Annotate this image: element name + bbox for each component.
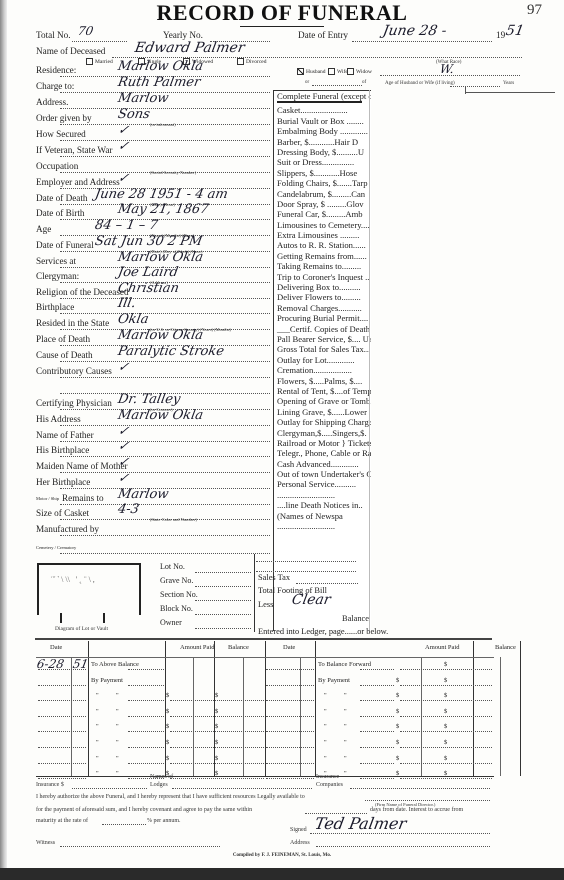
diagram-leg xyxy=(60,613,62,623)
ledger-desc-right: To Balance Forward xyxy=(318,661,371,668)
field-value[interactable]: Christian xyxy=(117,281,181,296)
ledger-currency: $ xyxy=(444,692,447,699)
document-title: RECORD OF FUNERAL xyxy=(0,0,564,26)
ledger-desc: " xyxy=(96,708,111,715)
ledger-top-rule xyxy=(35,638,492,640)
field-label-text: Clergyman: xyxy=(36,271,79,281)
field-label-text: Date of Death xyxy=(36,193,88,203)
spouse-or-line xyxy=(312,84,362,86)
charge-item: Procuring Burial Permit.... xyxy=(274,313,371,323)
ledger-currency: $ xyxy=(444,739,447,746)
ledger-amount-line-right[interactable] xyxy=(400,715,492,717)
charge-item: Limousines to Cemetery.... xyxy=(274,220,371,230)
signed-value[interactable]: Ted Palmer xyxy=(313,814,408,833)
spouse-widow[interactable]: Widow xyxy=(347,68,372,75)
less-value[interactable]: Clear xyxy=(291,592,332,608)
field-value[interactable]: ✓ xyxy=(117,439,131,454)
ledger-amount-line-right[interactable] xyxy=(400,777,492,779)
charge-item: Railroad or Motor } Tickets, $........ xyxy=(274,438,371,448)
field-label: Occupation xyxy=(36,161,78,171)
field-label-text: Contributory Causes xyxy=(36,366,112,376)
field-label-text: Cause of Death xyxy=(36,350,93,360)
ledger-currency: $ xyxy=(444,661,447,668)
sales-tax-label: Sales Tax xyxy=(258,573,290,582)
ledger-date-line-right[interactable] xyxy=(266,699,314,701)
charge-item: Outlay for Shipping Charges xyxy=(274,417,371,427)
field-label: Charge to: xyxy=(36,81,74,91)
field-value[interactable]: Dr. Talley xyxy=(117,392,182,407)
ledger-ditto: " xyxy=(344,723,347,730)
field-value[interactable]: ✓ xyxy=(117,171,131,186)
checkbox-checked[interactable] xyxy=(297,68,304,75)
name-of-deceased-label: Name of Deceased xyxy=(36,46,105,56)
ledger-currency: $ xyxy=(166,739,169,746)
charge-item: Opening of Grave or Tomb. xyxy=(274,396,371,406)
field-label: How Secured xyxy=(36,129,86,139)
ledger-currency: $ xyxy=(396,755,399,762)
checkbox[interactable] xyxy=(328,68,335,75)
ledger-currency: $ xyxy=(215,692,218,699)
checkbox[interactable] xyxy=(347,68,354,75)
charge-item: Getting Remains from...... xyxy=(274,251,371,261)
checkbox[interactable] xyxy=(86,58,93,65)
ledger-header-balance-right: Balance xyxy=(495,644,516,651)
ledger-header-date: Date xyxy=(50,644,62,651)
field-line xyxy=(60,218,270,220)
charge-item: ....line Death Notices in.. xyxy=(274,500,371,510)
lot-field-label: Block No. xyxy=(160,604,193,613)
year-value[interactable]: 51 xyxy=(505,23,526,39)
charge-item: Candelabrum, $.........Can xyxy=(274,189,371,199)
ledger-currency: $ xyxy=(444,755,447,762)
charge-item: Burial Vault or Box ........ xyxy=(274,116,371,126)
field-label: Certifying Physician xyxy=(36,398,112,408)
charge-item: Clergyman,$.....Singers,$. xyxy=(274,428,371,438)
spouse-wife[interactable]: Wife xyxy=(328,68,348,75)
charge-item: Gross Total for Sales Tax... xyxy=(274,344,371,354)
name-of-deceased-value[interactable]: Edward Palmer xyxy=(134,40,246,56)
ledger-desc-line[interactable] xyxy=(128,746,164,748)
ledger-date-line[interactable] xyxy=(38,777,86,779)
ledger-currency: $ xyxy=(396,692,399,699)
field-label: His Birthplace xyxy=(36,445,89,455)
field-value[interactable]: ✓ xyxy=(117,360,131,375)
ledger-currency: $ xyxy=(444,677,447,684)
field-note: (Social Security Number) xyxy=(150,170,196,175)
ledger-ditto: " xyxy=(116,739,119,746)
diagram-leg xyxy=(103,613,105,623)
field-value[interactable]: ✓ xyxy=(117,471,131,486)
ledger-desc-line[interactable] xyxy=(128,699,164,701)
charge-item: Flowers, $.....Palms, $.... xyxy=(274,376,371,386)
ledger-desc-line-right[interactable] xyxy=(360,762,394,764)
less-label: Less xyxy=(258,600,273,609)
field-line xyxy=(60,424,270,426)
ledger-date-line-right[interactable] xyxy=(266,746,314,748)
field-label-text: How Secured xyxy=(36,129,86,139)
lot-field-label: Owner xyxy=(160,618,182,627)
ledger-amount-line-right[interactable] xyxy=(400,668,492,670)
totals-dots xyxy=(256,560,356,562)
ledger-year[interactable]: 51 xyxy=(72,657,90,671)
ledger-currency: $ xyxy=(215,708,218,715)
field-label: Resided in the State xyxy=(36,318,109,328)
page-number: 97 xyxy=(527,2,542,19)
ledger-date-line[interactable] xyxy=(38,684,86,686)
ledger-date-line-right[interactable] xyxy=(266,684,314,686)
marital-label: Divorced xyxy=(246,59,266,65)
ledger-desc-line-right[interactable] xyxy=(360,730,394,732)
charges-panel: Complete Funeral (except out Casket.....… xyxy=(273,90,371,631)
days-text: days from date. Interest to accrue from xyxy=(370,807,463,813)
ledger-date-line-right[interactable] xyxy=(266,668,314,670)
ledger-currency: $ xyxy=(215,755,218,762)
charge-item: Cremation.................. xyxy=(274,365,371,375)
field-line xyxy=(60,440,270,442)
field-label: Contributory Causes xyxy=(36,366,112,376)
charge-item: Folding Chairs, $.......Tarp xyxy=(274,178,371,188)
field-note: (or informant) xyxy=(150,122,176,127)
field-label-text: Manufactured by xyxy=(36,524,99,534)
field-label-text: Employer and Address xyxy=(36,177,120,187)
ledger-amount-line[interactable] xyxy=(170,715,264,717)
diagram-label: Diagram of Lot or Vault xyxy=(55,626,108,632)
ledger-currency: $ xyxy=(166,708,169,715)
spouse-label: Husband xyxy=(306,69,326,75)
ledger-currency: $ xyxy=(166,755,169,762)
lot-field-line[interactable] xyxy=(195,585,251,587)
lot-field-line[interactable] xyxy=(195,627,251,629)
field-label: Motor / ShipRemains to xyxy=(36,493,104,503)
ledger-date[interactable]: 6-28 xyxy=(36,657,65,671)
ledger-col-rule xyxy=(473,641,474,776)
companies-line xyxy=(350,787,490,789)
ledger-date-line[interactable] xyxy=(38,762,86,764)
ledger-ditto: " xyxy=(116,708,119,715)
spouse-or: or xyxy=(305,80,309,85)
ledger-ditto: " xyxy=(344,692,347,699)
field-value[interactable]: Ill. xyxy=(117,296,137,311)
field-value[interactable]: ✓ xyxy=(117,123,131,138)
field-value[interactable]: Joe Laird xyxy=(117,265,180,280)
field-label-text: His Address xyxy=(36,414,81,424)
field-line xyxy=(60,107,270,109)
witness-label: Witness xyxy=(36,840,55,846)
totals-divider xyxy=(254,554,255,632)
scan-artifact-tick xyxy=(465,86,466,94)
field-value[interactable]: Marlow xyxy=(117,487,170,502)
ledger-desc: " xyxy=(96,692,111,699)
charge-item: ___Certif. Copies of Death Cer xyxy=(274,324,371,334)
field-value[interactable]: Marlow Okla xyxy=(117,328,205,343)
lot-field-line[interactable] xyxy=(195,599,251,601)
marital-divorced[interactable]: Divorced xyxy=(237,58,266,65)
ledger-amount-line-right[interactable] xyxy=(400,699,492,701)
charge-item: Taking Remains to......... xyxy=(274,261,371,271)
ledger-col-rule xyxy=(315,641,316,776)
field-line xyxy=(60,360,270,362)
name-line xyxy=(112,56,522,58)
field-value[interactable]: 4-3 xyxy=(117,502,141,517)
ledger-desc-right: By Payment xyxy=(318,677,350,684)
charge-item: Telegr., Phone, Cable or Rad xyxy=(274,448,371,458)
field-label: Order given by xyxy=(36,113,92,123)
field-label: His Address xyxy=(36,414,81,424)
field-value[interactable]: 84 – 1 – 7 xyxy=(94,218,159,233)
field-value[interactable]: Marlow Okla xyxy=(117,408,205,423)
ledger-currency: $ xyxy=(396,770,399,777)
ledger-desc-right: " xyxy=(324,723,327,730)
field-value[interactable]: Sons xyxy=(117,107,151,122)
age-spouse-line xyxy=(450,85,500,87)
field-label: Size of Casket xyxy=(36,508,89,518)
field-value[interactable]: Ruth Palmer xyxy=(117,75,202,90)
field-value[interactable]: Paralytic Stroke xyxy=(117,344,226,359)
field-line xyxy=(60,312,270,314)
charge-item: Out of town Undertaker's Cl xyxy=(274,469,371,479)
ledger-desc: By Payment xyxy=(91,677,123,684)
charges-header: Complete Funeral (except out xyxy=(277,91,362,103)
charge-item: Barber, $............Hair D xyxy=(274,137,371,147)
ledger-date-line-right[interactable] xyxy=(266,730,314,732)
lot-field-label: Grave No. xyxy=(160,576,193,585)
ledger-header-amount-paid-right: Amount Paid xyxy=(425,644,460,651)
field-line xyxy=(60,376,270,378)
ledger-amount-line-right[interactable] xyxy=(400,746,492,748)
charge-item: Dressing Body, $..........U xyxy=(274,147,371,157)
field-label: Services at xyxy=(36,256,76,266)
field-label: Age xyxy=(36,224,51,234)
ledger-currency: $ xyxy=(396,677,399,684)
field-value[interactable]: Marlow xyxy=(117,91,170,106)
field-prefix: Motor / Ship xyxy=(36,496,59,501)
witness-line xyxy=(60,845,220,847)
date-of-entry-line xyxy=(352,40,492,42)
signed-label: Signed xyxy=(290,827,307,833)
payment-text: for the payment of aforesaid sum, and I … xyxy=(36,807,252,813)
ledger-amount-line[interactable] xyxy=(170,699,264,701)
ledger-currency: $ xyxy=(215,770,218,777)
ledger-header-date-right: Date xyxy=(283,644,295,651)
ledger-amount-line[interactable] xyxy=(170,730,264,732)
ledger-currency: $ xyxy=(444,708,447,715)
ledger-currency: $ xyxy=(396,723,399,730)
ledger-ditto: " xyxy=(344,708,347,715)
charge-item: Suit or Dress............... xyxy=(274,157,371,167)
charge-item: (Names of Newspa xyxy=(274,511,371,521)
ledger-col-rule xyxy=(520,641,521,776)
field-label-text: Date of Funeral xyxy=(36,240,94,250)
field-label-text: If Veteran, State War xyxy=(36,145,112,155)
years-label: Years xyxy=(503,81,514,86)
marital-label: Married xyxy=(95,59,113,65)
ledger-ditto: " xyxy=(116,755,119,762)
ledger-amount-line[interactable] xyxy=(170,746,264,748)
ledger-desc-line-right[interactable] xyxy=(360,684,394,686)
ledger-desc-line-right[interactable] xyxy=(360,746,394,748)
ledger-desc-right: " xyxy=(324,739,327,746)
field-label-text: Maiden Name of Mother xyxy=(36,461,128,471)
field-label: Date of Funeral xyxy=(36,240,94,250)
ledger-amount-line-right[interactable] xyxy=(400,730,492,732)
totals-dots xyxy=(256,570,356,572)
ledger-subcol-rule xyxy=(500,657,501,776)
ledger-date-line[interactable] xyxy=(38,730,86,732)
field-label: Manufactured by xyxy=(36,524,99,534)
ledger-col-rule xyxy=(265,641,266,776)
ledger-date-line-right[interactable] xyxy=(266,777,314,779)
field-value[interactable]: Sat Jun 30 2 PM xyxy=(94,234,204,249)
lot-field-line[interactable] xyxy=(195,613,251,615)
field-value[interactable]: Marlow Okla xyxy=(117,59,205,74)
ledger-ditto: " xyxy=(344,755,347,762)
address-label: Address xyxy=(290,840,310,846)
field-value[interactable]: ✓ xyxy=(117,424,131,439)
ledger-date-line[interactable] xyxy=(38,746,86,748)
diagram-marks: ˙ˇ ‵ \ \\ ' ˛ ¨ \ , xyxy=(50,575,95,584)
lot-field-line[interactable] xyxy=(195,571,251,573)
field-line xyxy=(60,297,270,299)
field-value[interactable]: Marlow Okla xyxy=(117,250,205,265)
balance-label: Balance xyxy=(342,614,369,623)
marital-married[interactable]: Married xyxy=(86,58,113,65)
field-label: Clergyman: xyxy=(36,271,79,281)
field-label-text: Order given by xyxy=(36,113,92,123)
ledger-date-line-right[interactable] xyxy=(266,762,314,764)
field-line xyxy=(60,552,270,554)
rate-line xyxy=(102,823,146,825)
field-label-text: Place of Death xyxy=(36,334,90,344)
ledger-currency: $ xyxy=(444,770,447,777)
lot-field-label: Lot No. xyxy=(160,562,185,571)
ledger-amount-line[interactable] xyxy=(170,777,264,779)
field-prefix: Cemetery / Crematory xyxy=(36,545,76,550)
ledger-date-line-right[interactable] xyxy=(266,715,314,717)
ledger-currency: $ xyxy=(215,723,218,730)
ledger-desc-line-right[interactable] xyxy=(360,777,394,779)
panel-right-edge xyxy=(369,90,370,630)
field-label: If Veteran, State War xyxy=(36,145,112,155)
lodges-line xyxy=(172,787,312,789)
ledger-desc-line[interactable] xyxy=(128,762,164,764)
field-label-text: Date of Birth xyxy=(36,208,84,218)
ledger-amount-line[interactable] xyxy=(170,762,264,764)
race-value[interactable]: W. xyxy=(439,62,456,76)
date-of-entry-label: Date of Entry xyxy=(298,30,348,40)
ledger-desc-line[interactable] xyxy=(128,715,164,717)
field-label-text: Charge to: xyxy=(36,81,74,91)
charge-item: Deliver Flowers to......... xyxy=(274,292,371,302)
field-label-text: Resided in the State xyxy=(36,318,109,328)
field-value[interactable]: May 21, 1867 xyxy=(117,202,210,217)
insurance-line xyxy=(72,787,147,789)
ledger-desc: " xyxy=(96,739,111,746)
lot-field-label: Section No. xyxy=(160,590,198,599)
ledger-desc-right: " xyxy=(324,708,327,715)
spouse-of: of xyxy=(362,80,366,85)
field-label: Date of Death xyxy=(36,193,88,203)
ledger-desc: " xyxy=(96,770,111,777)
charge-item: Removal Charges........... xyxy=(274,303,371,313)
field-label-text: Age xyxy=(36,224,51,234)
charge-item: Embalming Body ............. xyxy=(274,126,371,136)
spouse-husband[interactable]: Husband xyxy=(297,68,326,75)
sales-tax-line xyxy=(296,582,358,584)
date-of-entry-value[interactable]: June 28 - xyxy=(382,23,448,39)
charge-item: Personal Service.......... xyxy=(274,479,371,489)
ledger-header-amount-paid: Amount Paid xyxy=(180,644,215,651)
field-label: Cause of Death xyxy=(36,350,93,360)
field-label-text: Name of Father xyxy=(36,430,94,440)
firm-line xyxy=(365,799,490,801)
total-no-value[interactable]: 70 xyxy=(77,24,95,38)
ledger-date-line[interactable] xyxy=(38,699,86,701)
ledger-desc-line[interactable] xyxy=(128,668,164,670)
ledger-ditto: " xyxy=(116,692,119,699)
ledger-desc-line-right[interactable] xyxy=(360,668,394,670)
ledger-ditto: " xyxy=(344,739,347,746)
field-value[interactable]: Okla xyxy=(117,312,150,327)
ledger-desc-right: " xyxy=(324,692,327,699)
title-rule xyxy=(240,26,324,27)
charges-items: Casket......................Burial Vault… xyxy=(274,105,371,531)
charge-item: Casket...................... xyxy=(274,105,371,115)
field-label-text: Her Birthplace xyxy=(36,477,90,487)
field-label: Her Birthplace xyxy=(36,477,90,487)
field-label: Cemetery / Crematory xyxy=(36,542,79,552)
maturity-text: maturity at the rate of xyxy=(36,818,88,824)
charge-item: Autos to R. R. Station...... xyxy=(274,240,371,250)
field-value[interactable]: ✓ xyxy=(117,139,131,154)
ledger-desc-line-right[interactable] xyxy=(360,715,394,717)
ledger-amount-line-right[interactable] xyxy=(400,762,492,764)
field-label-text: Services at xyxy=(36,256,76,266)
address-line xyxy=(316,845,490,847)
ledger-desc-line-right[interactable] xyxy=(360,699,394,701)
ledger-amount-line-right[interactable] xyxy=(400,684,492,686)
charge-item: Outlay for Lot............. xyxy=(274,355,371,365)
field-label: Address. xyxy=(36,97,68,107)
field-label: Name of Father xyxy=(36,430,94,440)
age-spouse-label: Age of Husband or Wife (if living) xyxy=(385,81,455,86)
ledger-date-line[interactable] xyxy=(38,715,86,717)
field-label-text: His Birthplace xyxy=(36,445,89,455)
field-line xyxy=(60,471,270,473)
field-label-text: Occupation xyxy=(36,161,78,171)
charge-item: Door Spray, $ .........Glov xyxy=(274,199,371,209)
charge-item: Lining Grave, $......Lower xyxy=(274,407,371,417)
field-value[interactable]: June 28 1951 - 4 am xyxy=(94,187,229,202)
ledger-desc-line[interactable] xyxy=(128,730,164,732)
charge-item: Delivering Box to.......... xyxy=(274,282,371,292)
field-line xyxy=(60,139,270,141)
field-line xyxy=(60,503,270,505)
charge-item: ........................... xyxy=(274,490,371,500)
checkbox[interactable] xyxy=(237,58,244,65)
ledger-currency: $ xyxy=(166,692,169,699)
spouse-label: Widow xyxy=(356,69,372,75)
ledger-header-balance: Balance xyxy=(228,644,249,651)
field-value[interactable]: ✓ xyxy=(117,455,131,470)
ledger-desc-line[interactable] xyxy=(128,684,164,686)
charge-item: Extra Limousines ......... xyxy=(274,230,371,240)
field-note: (State Color and Number) xyxy=(150,517,197,522)
field-label: Date of Birth xyxy=(36,208,84,218)
ledger-ditto: " xyxy=(116,770,119,777)
field-label: Religion of the Deceased xyxy=(36,287,129,297)
charge-item: ........................... xyxy=(274,521,371,531)
ledger-desc: " xyxy=(96,755,111,762)
